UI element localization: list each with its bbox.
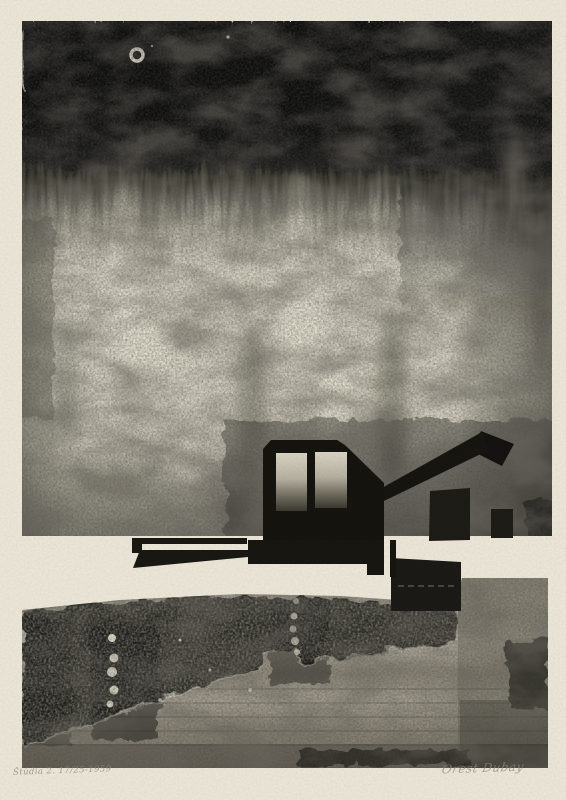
paper-grain (0, 0, 566, 800)
artwork-paper: Štúdia 2. 17/25-1959 Orest Dubay (0, 0, 566, 800)
artist-signature: Orest Dubay (441, 760, 526, 777)
print-image (0, 0, 566, 800)
